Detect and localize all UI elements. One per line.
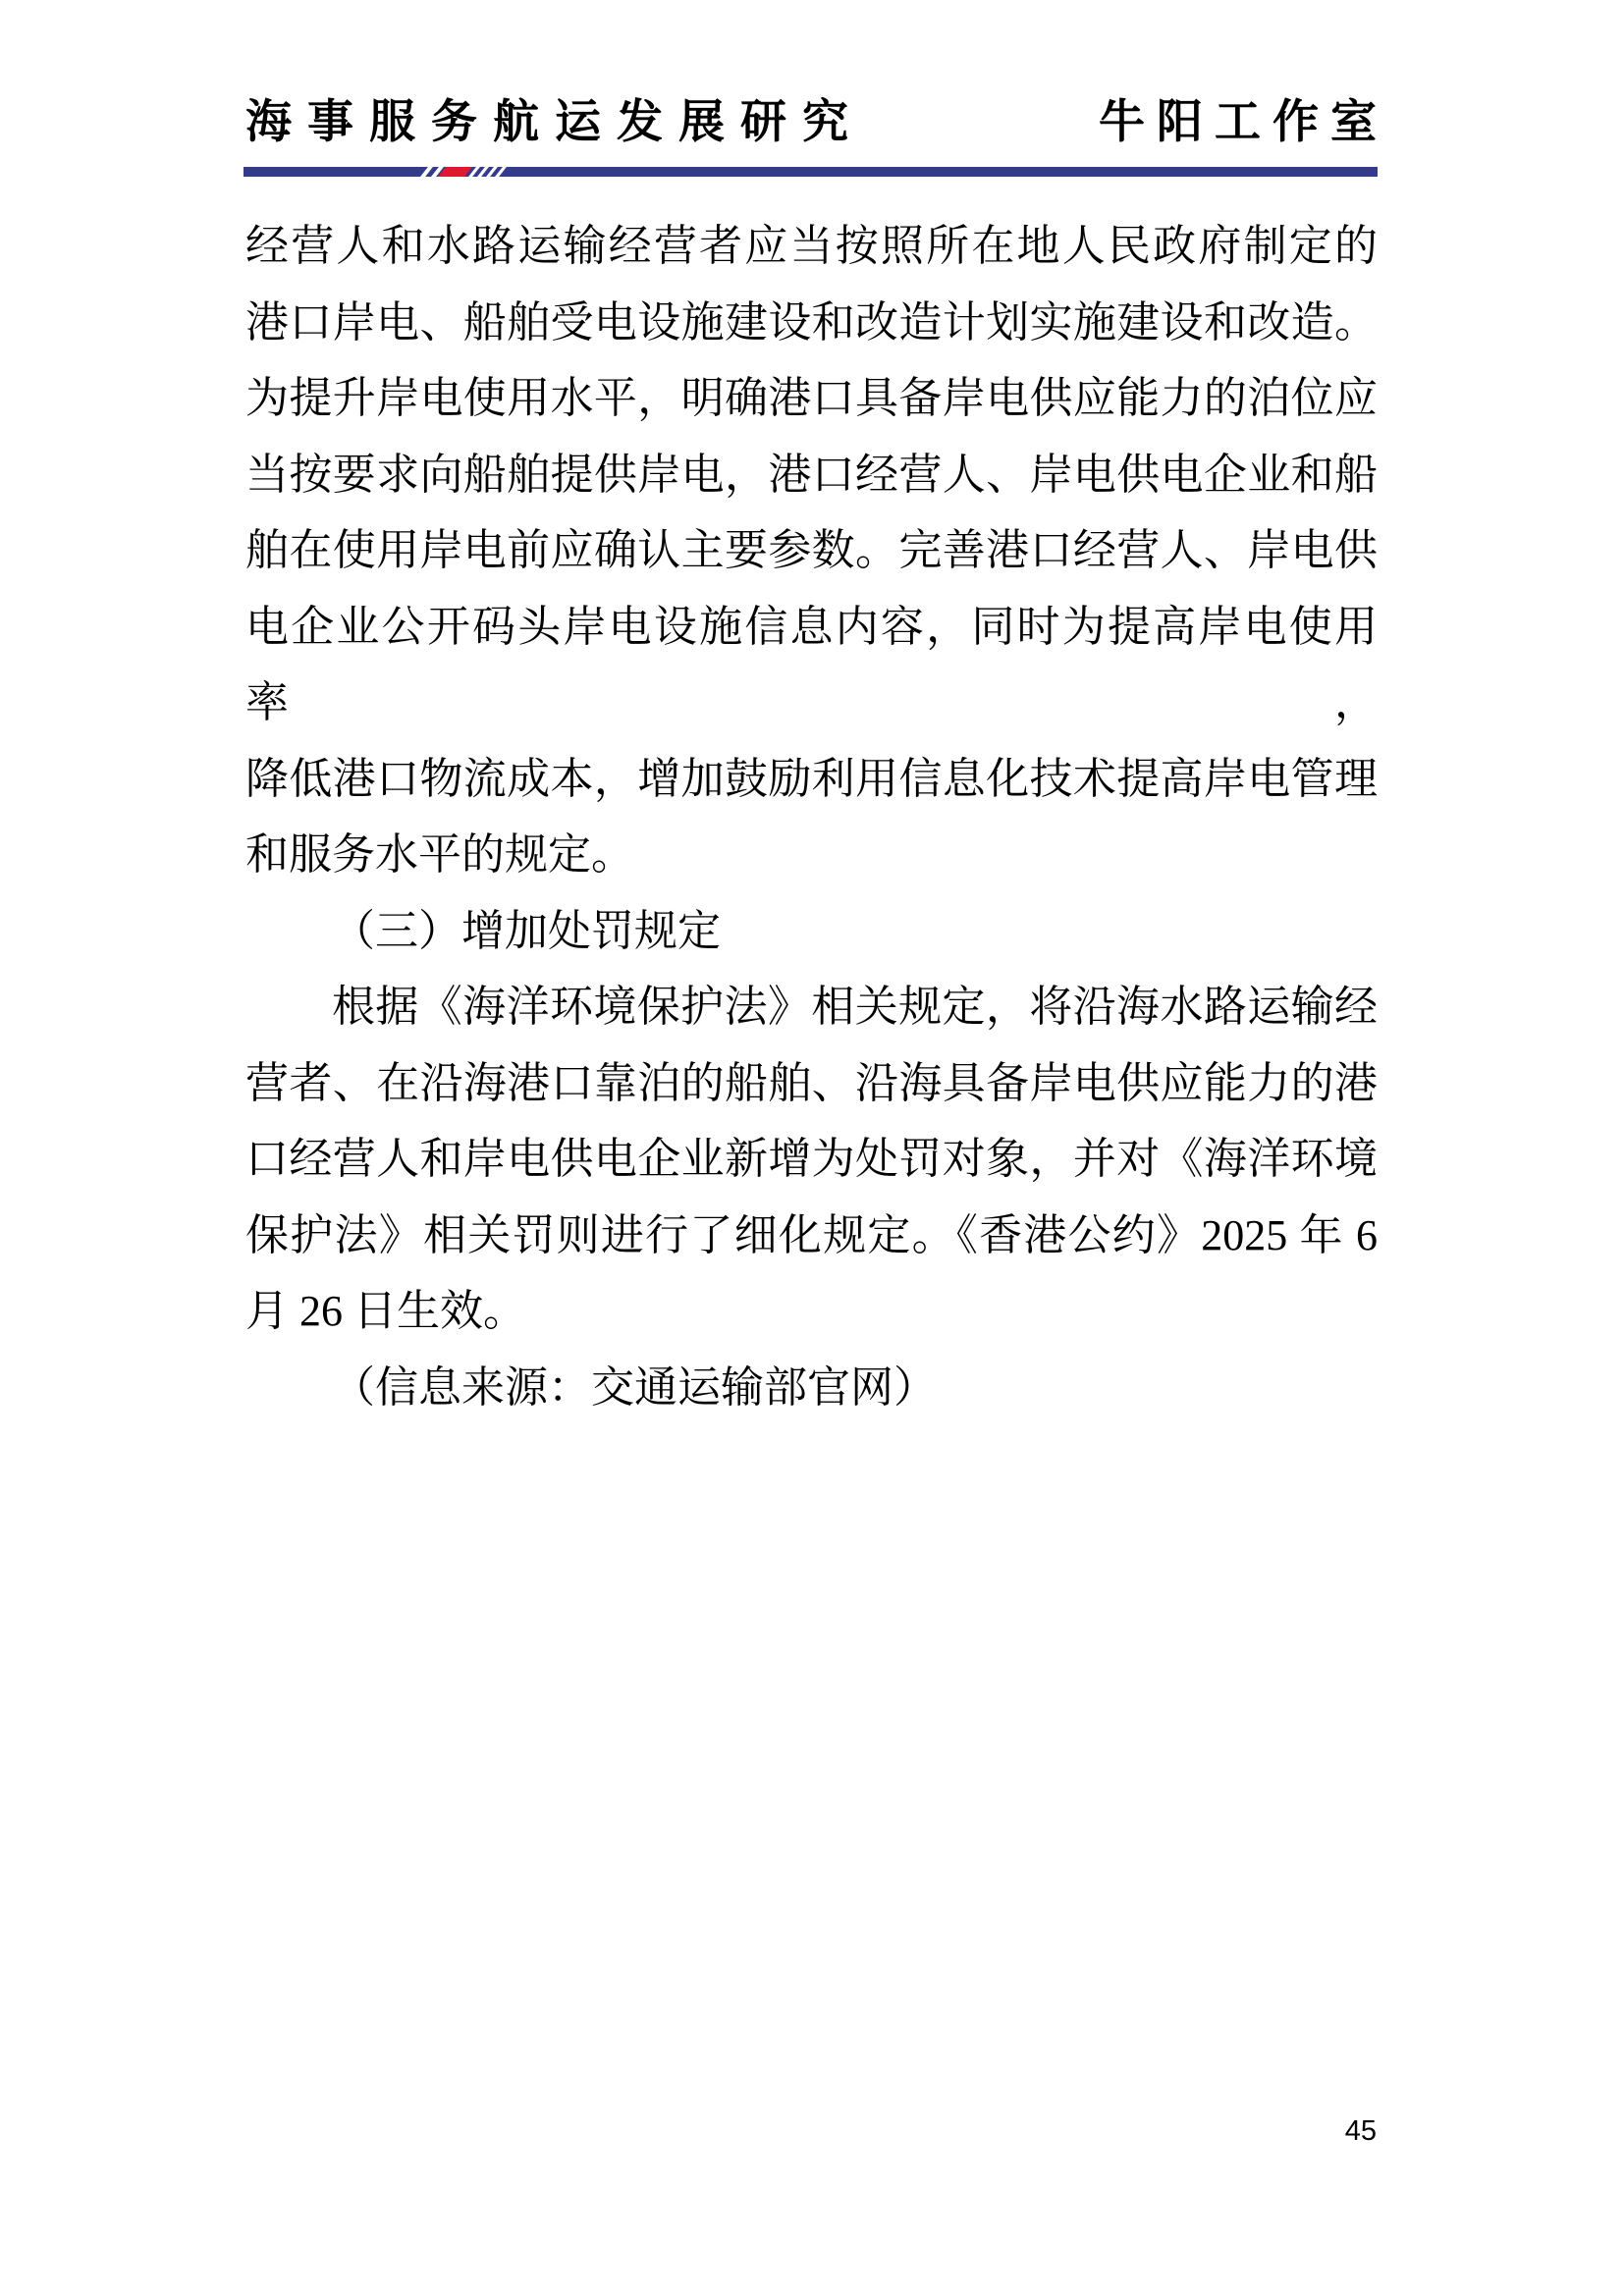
document-page: 海事服务航运发展研究 牛阳工作室 经营人和水路运输经营者应当按照所在地人民政府制… bbox=[0, 0, 1624, 2296]
text-line: 港口岸电、船舶受电设施建设和改造计划实施建设和改造。 bbox=[245, 285, 1378, 361]
text-line: 口经营人和岸电供电企业新增为处罚对象，并对《海洋环境 bbox=[245, 1121, 1378, 1198]
text-line: （三）增加处罚规定 bbox=[245, 893, 1378, 970]
text-line: 电企业公开码头岸电设施信息内容，同时为提高岸电使用率， bbox=[245, 589, 1378, 741]
text-line: 降低港口物流成本，增加鼓励利用信息化技术提高岸电管理 bbox=[245, 741, 1378, 818]
text-line: 舶在使用岸电前应确认主要参数。完善港口经营人、岸电供 bbox=[245, 512, 1378, 589]
header-left-title: 海事服务航运发展研究 bbox=[245, 94, 864, 149]
text-line: 经营人和水路运输经营者应当按照所在地人民政府制定的 bbox=[245, 208, 1378, 285]
header-right-title: 牛阳工作室 bbox=[1099, 94, 1388, 149]
text-line: 根据《海洋环境保护法》相关规定，将沿海水路运输经 bbox=[245, 969, 1378, 1045]
text-line: 月 26 日生效。 bbox=[245, 1273, 1378, 1350]
body-text: 经营人和水路运输经营者应当按照所在地人民政府制定的港口岸电、船舶受电设施建设和改… bbox=[245, 208, 1378, 1425]
rule-accent-red-parallelogram-icon bbox=[438, 167, 472, 177]
text-line: 保护法》相关罚则进行了细化规定。《香港公约》2025 年 6 bbox=[245, 1198, 1378, 1274]
page-number: 45 bbox=[1345, 2114, 1377, 2148]
rule-stripe-icon bbox=[495, 167, 507, 177]
header-rule bbox=[244, 167, 1378, 177]
text-line: （信息来源：交通运输部官网） bbox=[245, 1350, 1378, 1426]
text-line: 和服务水平的规定。 bbox=[245, 817, 1378, 893]
text-line: 当按要求向船舶提供岸电，港口经营人、岸电供电企业和船 bbox=[245, 437, 1378, 513]
text-line: 为提升岸电使用水平，明确港口具备岸电供应能力的泊位应 bbox=[245, 360, 1378, 437]
text-line: 营者、在沿海港口靠泊的船舶、沿海具备岸电供应能力的港 bbox=[245, 1045, 1378, 1122]
